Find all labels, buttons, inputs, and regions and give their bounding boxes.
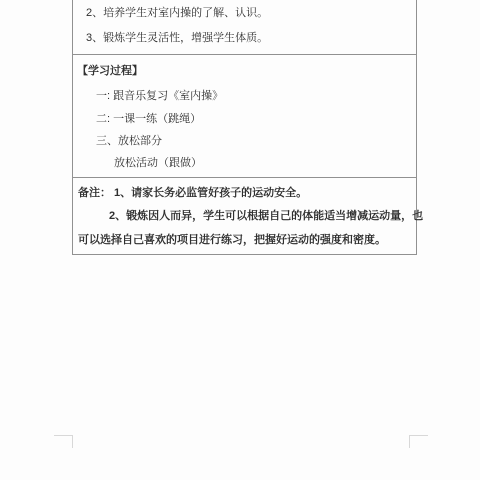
lesson-plan-table: 2、培养学生对室内操的了解、认识。 3、锻炼学生灵活性，增强学生体质。 【学习过… [72,0,417,255]
document-page: 2、培养学生对室内操的了解、认识。 3、锻炼学生灵活性，增强学生体质。 【学习过… [0,0,480,480]
notes-line-3: 可以选择自己喜欢的项目进行练习，把握好运动的强度和密度。 [78,233,386,247]
process-item-3: 三、放松部分 [96,134,162,148]
learning-process-heading: 【学习过程】 [77,64,143,78]
objective-item-2: 2、培养学生对室内操的了解、认识。 [86,6,268,20]
objectives-row: 2、培养学生对室内操的了解、认识。 3、锻炼学生灵活性，增强学生体质。 [72,0,417,55]
objective-item-3: 3、锻炼学生灵活性，增强学生体质。 [86,31,268,45]
notes-line-1: 备注： 1、请家长务必监管好孩子的运动安全。 [78,186,307,200]
process-item-3-sub: 放松活动（跟做） [114,156,202,170]
page-corner-mark-left-icon [54,435,73,448]
page-corner-mark-right-icon [409,435,428,448]
notes-row: 备注： 1、请家长务必监管好孩子的运动安全。 2、锻炼因人而异，学生可以根据自己… [72,178,417,255]
learning-process-row: 【学习过程】 一: 跟音乐复习《室内操》 二: 一课一练（跳绳） 三、放松部分 … [72,55,417,178]
notes-line-2: 2、锻炼因人而异，学生可以根据自己的体能适当增减运动量，也 [109,209,423,223]
process-item-1: 一: 跟音乐复习《室内操》 [96,89,223,103]
process-item-2: 二: 一课一练（跳绳） [96,112,201,126]
